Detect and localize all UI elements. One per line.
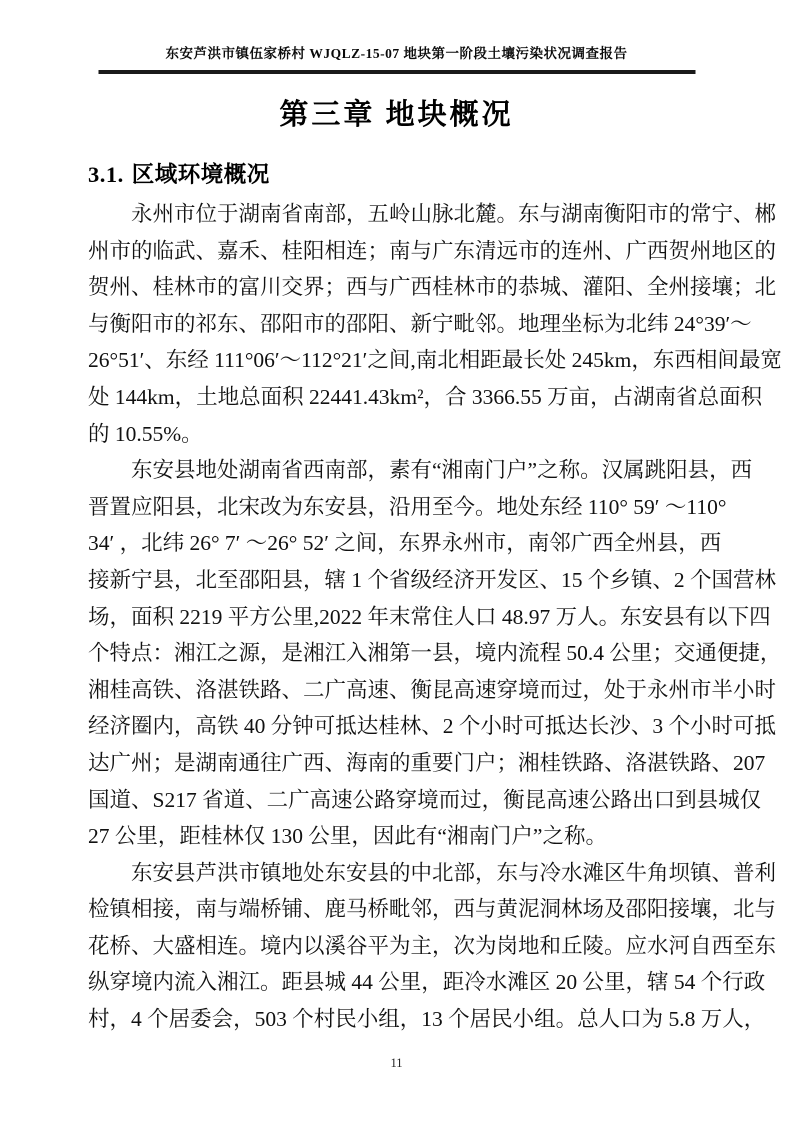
body-line: 处 144km，土地总面积 22441.43km²，合 3366.55 万亩，占… [88,379,713,416]
body-line: 个特点：湘江之源，是湘江入湘第一县，境内流程 50.4 公里；交通便捷， [88,635,713,672]
body-line: 纵穿境内流入湘江。距县城 44 公里，距冷水滩区 20 公里，辖 54 个行政 [88,964,713,1001]
body-line: 经济圈内，高铁 40 分钟可抵达桂林、2 个小时可抵达长沙、3 个小时可抵 [88,708,713,745]
header-divider-rule [98,70,695,74]
body-line: 27 公里，距桂林仅 130 公里，因此有“湘南门户”之称。 [88,818,713,855]
body-line: 永州市位于湖南省南部，五岭山脉北麓。东与湖南衡阳市的常宁、郴 [88,196,713,233]
body-line: 国道、S217 省道、二广高速公路穿境而过，衡昆高速公路出口到县城仅 [88,782,713,819]
body-line: 26°51′、东经 111°06′～112°21′之间,南北相距最长处 245k… [88,342,713,379]
body-line: 检镇相接，南与端桥铺、鹿马桥毗邻，西与黄泥洞林场及邵阳接壤，北与 [88,891,713,928]
body-line: 的 10.55%。 [88,416,713,453]
body-line: 东安县芦洪市镇地处东安县的中北部，东与冷水滩区牛角坝镇、普利 [88,855,713,892]
body-line: 东安县地处湖南省西南部，素有“湘南门户”之称。汉属跳阳县，西 [88,452,713,489]
body-line: 34′ ，北纬 26° 7′ ～26° 52′ 之间，东界永州市，南邻广西全州县… [88,525,713,562]
body-line: 州市的临武、嘉禾、桂阳相连；南与广东清远市的连州、广西贺州地区的 [88,233,713,270]
document-page: { "header": { "title": "东安芦洪市镇伍家桥村 WJQLZ… [0,0,793,1122]
body-line: 村，4 个居委会，503 个村民小组，13 个居民小组。总人口为 5.8 万人， [88,1001,713,1038]
page-number: 11 [0,1056,793,1071]
page-header: 东安芦洪市镇伍家桥村 WJQLZ-15-07 地块第一阶段土壤污染状况调查报告 [0,42,793,62]
body-line: 接新宁县，北至邵阳县，辖 1 个省级经济开发区、15 个乡镇、2 个国营林 [88,562,713,599]
document-body: 永州市位于湖南省南部，五岭山脉北麓。东与湖南衡阳市的常宁、郴州市的临武、嘉禾、桂… [88,196,713,1038]
body-line: 与衡阳市的祁东、邵阳市的邵阳、新宁毗邻。地理坐标为北纬 24°39′～ [88,306,713,343]
body-line: 贺州、桂林市的富川交界；西与广西桂林市的恭城、灌阳、全州接壤；北 [88,269,713,306]
body-line: 花桥、大盛相连。境内以溪谷平为主，次为岗地和丘陵。应水河自西至东 [88,928,713,965]
section-number: 3.1. [88,162,124,187]
section-title: 区域环境概况 [132,162,270,187]
body-line: 场，面积 2219 平方公里,2022 年末常住人口 48.97 万人。东安县有… [88,599,713,636]
section-heading: 3.1.区域环境概况 [88,157,270,189]
body-line: 湘桂高铁、洛湛铁路、二广高速、衡昆高速穿境而过，处于永州市半小时 [88,672,713,709]
body-line: 晋置应阳县，北宋改为东安县，沿用至今。地处东经 110° 59′ ～110° [88,489,713,526]
body-line: 达广州；是湖南通往广西、海南的重要门户；湘桂铁路、洛湛铁路、207 [88,745,713,782]
chapter-title: 第三章 地块概况 [0,92,793,133]
